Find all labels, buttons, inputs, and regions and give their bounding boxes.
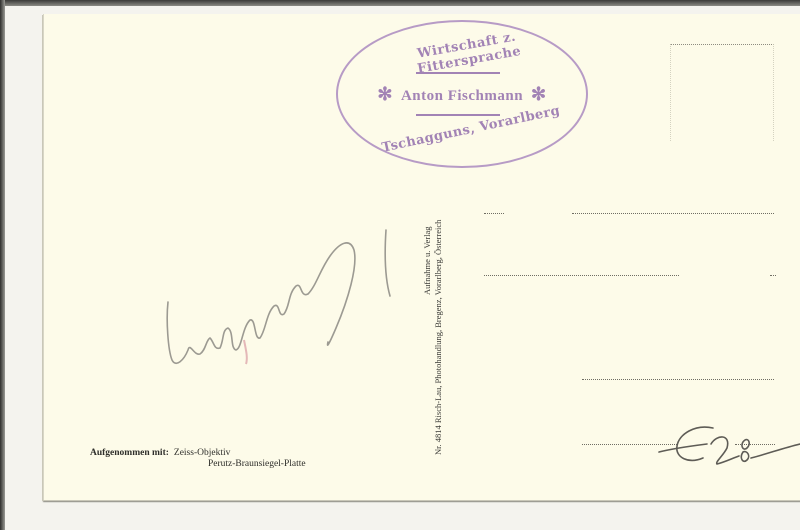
publisher-line-1: Aufnahme u. Verlag	[422, 220, 433, 455]
photo-credit-lens: Zeiss-Objektiv	[174, 448, 230, 458]
photo-credit: Aufgenommen mit:Zeiss-Objektiv Perutz-Br…	[90, 448, 306, 470]
stamp-rule-top	[416, 72, 500, 74]
stamp-top-text: Wirtschaft z. Fittersprache	[367, 21, 569, 85]
address-tick	[484, 213, 504, 214]
postage-stamp-box	[670, 44, 774, 141]
address-line-2	[484, 275, 679, 276]
publisher-line-2: Nr. 4814 Risch-Lau, Photohandlung, Brege…	[433, 220, 444, 455]
photo-credit-plate: Perutz-Braunsiegel-Platte	[90, 459, 306, 470]
stamp-rule-bottom	[416, 114, 500, 116]
stamp-bottom-text: Tschagguns, Vorarlberg	[367, 100, 576, 158]
address-line-1	[572, 213, 774, 214]
photo-credit-label: Aufgenommen mit:	[90, 448, 169, 458]
handwritten-price: €28	[655, 418, 800, 470]
asterisk-icon: ✻	[531, 84, 547, 104]
asterisk-icon: ✻	[377, 84, 393, 104]
handwritten-note	[158, 210, 398, 380]
stamp-middle-line: ✻Anton Fischmann✻	[338, 84, 586, 105]
publisher-imprint: Aufnahme u. Verlag Nr. 4814 Risch-Lau, P…	[422, 220, 444, 455]
address-line-3	[582, 379, 774, 380]
address-tick	[770, 275, 776, 276]
stamp-name: Anton Fischmann	[401, 88, 523, 104]
rubber-stamp: Wirtschaft z. Fittersprache ✻Anton Fisch…	[336, 20, 588, 168]
